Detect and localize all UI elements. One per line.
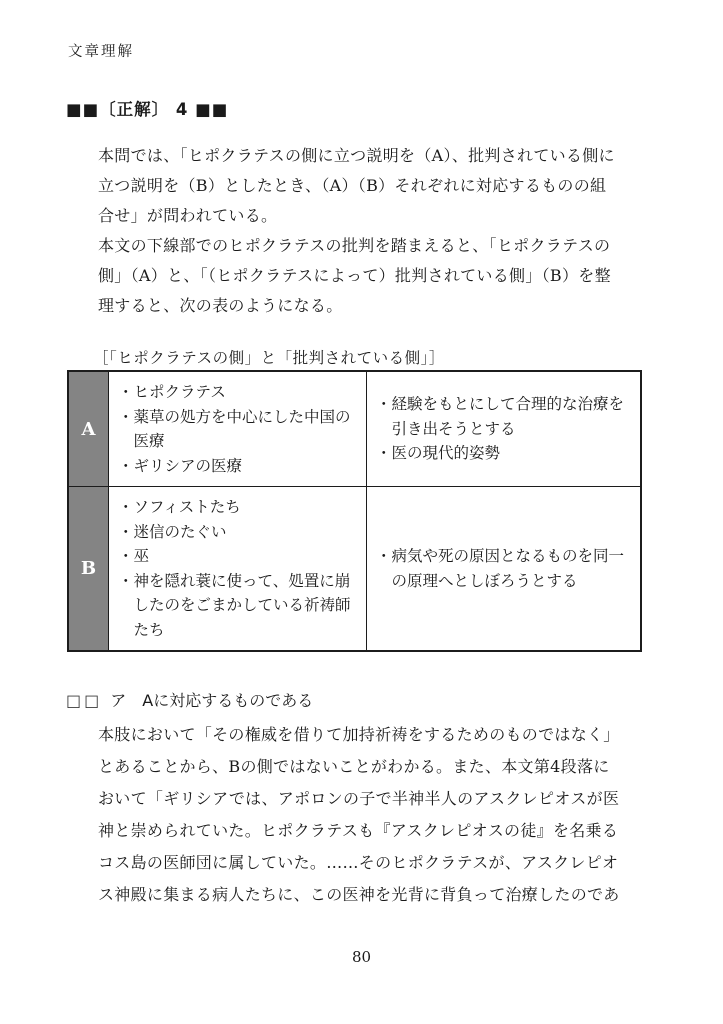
bullet-item: ・巫 (118, 544, 354, 569)
text-line: 本問では、「ヒポクラテスの側に立つ説明を（A）、批判されている側に (98, 141, 654, 171)
bullet-item: ・病気や死の原因となるものを同一の原理へとしぼろうとする (376, 544, 628, 593)
comparison-table: A ・ヒポクラテス ・薬草の処方を中心にした中国の医療 ・ギリシアの医療 ・経験… (67, 370, 642, 652)
bullet-item: ・薬草の処方を中心にした中国の医療 (118, 405, 354, 454)
document-page: 文章理解 ■■〔正解〕 4 ■■ 本問では、「ヒポクラテスの側に立つ説明を（A）… (0, 0, 723, 1024)
text-line: ス神殿に集まる病人たちに、この医神を光背に背負って治療したのであ (98, 879, 654, 911)
bullet-item: ・ソフィストたち (118, 495, 354, 520)
text-line: おいて「ギリシアでは、アポロンの子で半神半人のアスクレピオスが医 (98, 783, 654, 815)
table-row-a: A ・ヒポクラテス ・薬草の処方を中心にした中国の医療 ・ギリシアの医療 ・経験… (68, 371, 641, 487)
bullet-item: ・ギリシアの医療 (118, 454, 354, 479)
text-line: 合せ」が問われている。 (98, 201, 654, 231)
text-line: 本肢において「その権威を借りて加持祈祷をするためのものではなく」 (98, 719, 654, 751)
row-b-left-cell: ・ソフィストたち ・迷信のたぐい ・巫 ・神を隠れ蓑に使って、処置に崩したのをご… (109, 487, 367, 652)
row-b-right-cell: ・病気や死の原因となるものを同一の原理へとしぼろうとする (367, 487, 642, 652)
text-line: 本文の下線部でのヒポクラテスの批判を踏まえると、「ヒポクラテスの (98, 231, 654, 261)
section-heading: □□アAに対応するものである (66, 688, 313, 711)
bullet-item: ・神を隠れ蓑に使って、処置に崩したのをごまかしている祈祷師たち (118, 569, 354, 643)
checkbox-squares: □□ (66, 691, 102, 710)
intro-paragraphs: 本問では、「ヒポクラテスの側に立つ説明を（A）、批判されている側に 立つ説明を（… (98, 141, 654, 321)
row-label-a: A (68, 371, 109, 487)
page-number: 80 (0, 948, 723, 966)
row-a-right-cell: ・経験をもとにして合理的な治療を引き出そうとする ・医の現代的姿勢 (367, 371, 642, 487)
explanation-paragraph: 本肢において「その権威を借りて加持祈祷をするためのものではなく」 とあることから… (98, 719, 654, 911)
section-title: Aに対応するものである (142, 691, 313, 710)
text-line: 立つ説明を（B）としたとき、（A）（B）それぞれに対応するものの組 (98, 171, 654, 201)
text-line: とあることから、Bの側ではないことがわかる。また、本文第4段落に (98, 751, 654, 783)
bullet-item: ・迷信のたぐい (118, 520, 354, 545)
document-header-label: 文章理解 (68, 40, 134, 61)
text-line: 神と崇められていた。ヒポクラテスも『アスクレピオスの徒』を名乗る (98, 815, 654, 847)
text-line: 理すると、次の表のようになる。 (98, 291, 654, 321)
bullet-item: ・医の現代的姿勢 (376, 441, 628, 466)
table-caption: ［「ヒポクラテスの側」と「批判されている側」］ (93, 346, 445, 368)
table-row-b: B ・ソフィストたち ・迷信のたぐい ・巫 ・神を隠れ蓑に使って、処置に崩したの… (68, 487, 641, 652)
row-label-b: B (68, 487, 109, 652)
option-kana-label: ア (110, 691, 126, 710)
bullet-item: ・ヒポクラテス (118, 380, 354, 405)
bullet-item: ・経験をもとにして合理的な治療を引き出そうとする (376, 392, 628, 441)
text-line: 側」（A）と、「（ヒポクラテスによって）批判されている側」（B）を整 (98, 261, 654, 291)
text-line: コス島の医師団に属していた。……そのヒポクラテスが、アスクレピオ (98, 847, 654, 879)
row-a-left-cell: ・ヒポクラテス ・薬草の処方を中心にした中国の医療 ・ギリシアの医療 (109, 371, 367, 487)
answer-heading: ■■〔正解〕 4 ■■ (66, 96, 228, 120)
